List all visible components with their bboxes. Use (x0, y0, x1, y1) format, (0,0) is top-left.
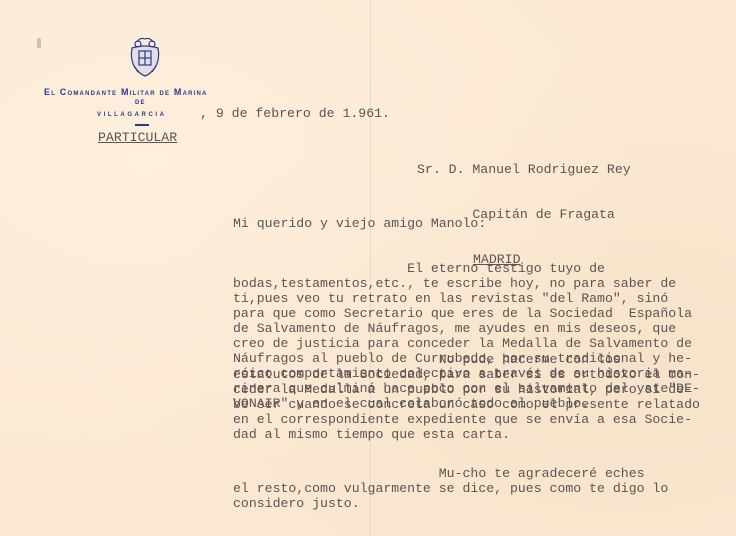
letterhead-divider (135, 124, 149, 126)
salutation: Mi querido y viejo amigo Manolo: (233, 216, 700, 231)
paragraph-3: Mu-cho te agradeceré eches el resto,como… (233, 466, 668, 511)
classification-label: PARTICULAR (98, 130, 177, 145)
paper-stain (37, 38, 41, 48)
letter-date: , 9 de febrero de 1.961. (200, 106, 390, 121)
recipient-name: Sr. D. Manuel Rodriguez Rey (417, 162, 631, 177)
paragraph-2: No pude hacerme con los estatutos de la … (233, 352, 700, 442)
spanish-coat-of-arms-icon (128, 36, 162, 78)
letterhead-place: villagarcia (97, 109, 167, 118)
letterhead-de: de (135, 97, 146, 106)
letterhead-title: El Comandante Militar de Marina (44, 87, 208, 97)
